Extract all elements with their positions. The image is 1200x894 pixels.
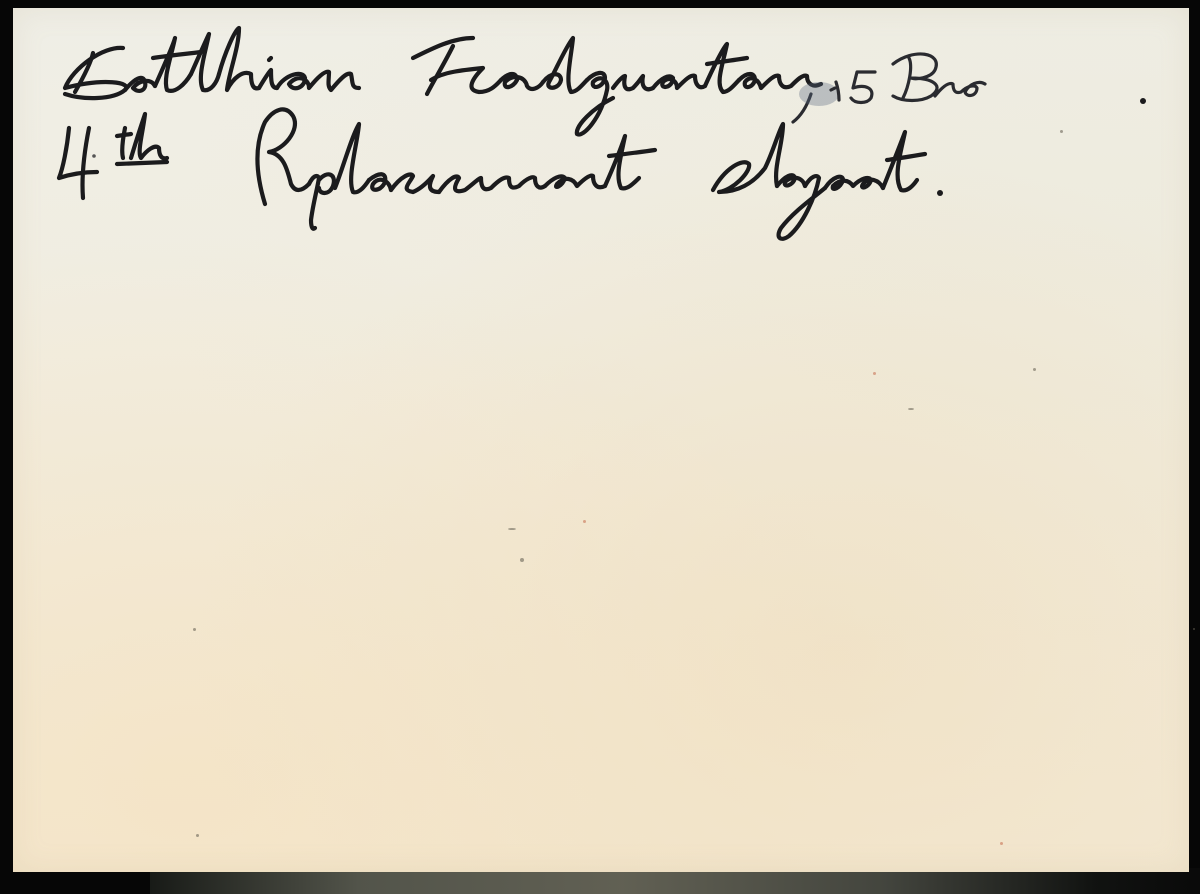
paper-speck [1000,842,1003,845]
paper-speck [1033,368,1036,371]
scanned-card-image: Batthian Headquarters, 15 Bro. 4th Repla… [0,0,1200,894]
word-replacement [257,109,655,228]
handwriting-strokes [13,8,1189,268]
paper-speck [196,834,199,837]
handwritten-text: Batthian Headquarters, 15 Bro. 4th Repla… [13,8,1189,268]
word-depot [713,124,943,239]
paper-speck [193,628,196,631]
paper-speck [1193,628,1195,630]
paper-speck [908,408,914,410]
word-4th [59,114,167,198]
word-15-bro [831,54,1146,104]
paper-speck [873,372,876,375]
paper-speck [583,520,586,523]
word-headquarters [413,38,839,135]
paper-speck [520,558,524,562]
paper-speck [508,528,516,530]
card-back: Batthian Headquarters, 15 Bro. 4th Repla… [13,8,1189,872]
word-batthian [65,28,359,98]
